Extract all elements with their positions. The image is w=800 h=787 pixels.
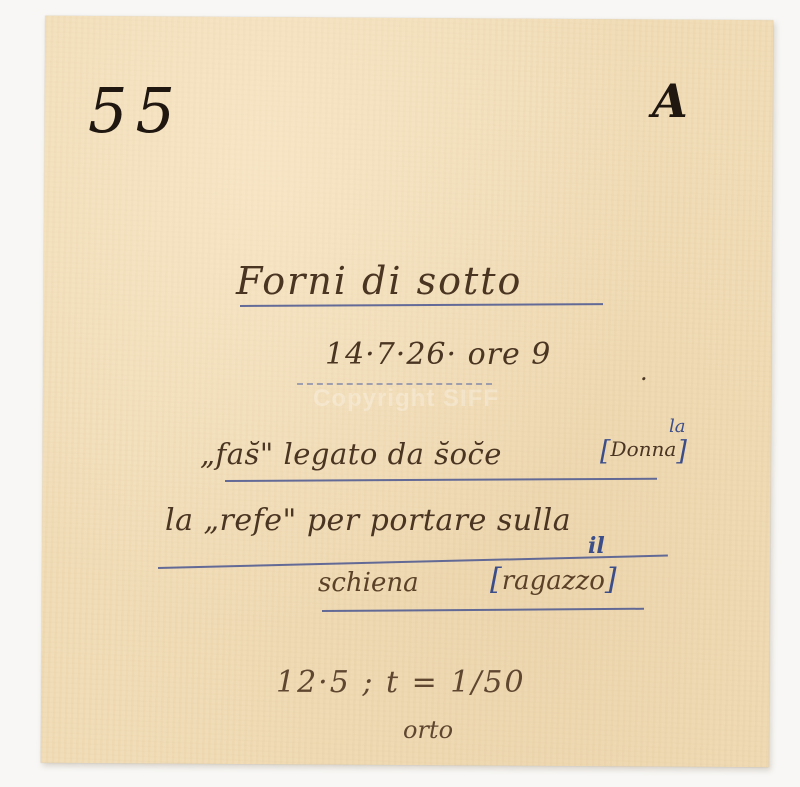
bracket-note-2-superscript: il — [588, 535, 605, 557]
copyright-watermark: Copyright SIFF — [313, 385, 499, 413]
bracket-note-1-superscript: la — [669, 418, 686, 436]
photo-background: 55 A Forni di sotto 14·7·26· ore 9 . Cop… — [0, 0, 800, 787]
film-note: orto — [403, 718, 453, 742]
bracket-note-2-text: ragazzo — [502, 566, 605, 596]
description-line-3: schiena — [318, 570, 419, 596]
date-time: 14·7·26· ore 9 — [325, 340, 551, 370]
bracket-note-1-text: Donna — [611, 437, 677, 461]
bracket-note-2: [ragazzo] — [490, 565, 617, 595]
card-number: 55 — [88, 80, 183, 142]
bracket-note-1: [Donna] — [600, 438, 687, 465]
card-letter: A — [652, 78, 688, 124]
description-line-2: la „refe" per portare sulla — [165, 506, 571, 536]
place-title: Forni di sotto — [236, 262, 522, 300]
description-line-1: „fas̆" legato da s̆oc̆e — [200, 440, 502, 469]
trailing-mark: . — [640, 360, 648, 384]
exposure-settings: 12·5 ; t = 1/50 — [276, 668, 526, 698]
